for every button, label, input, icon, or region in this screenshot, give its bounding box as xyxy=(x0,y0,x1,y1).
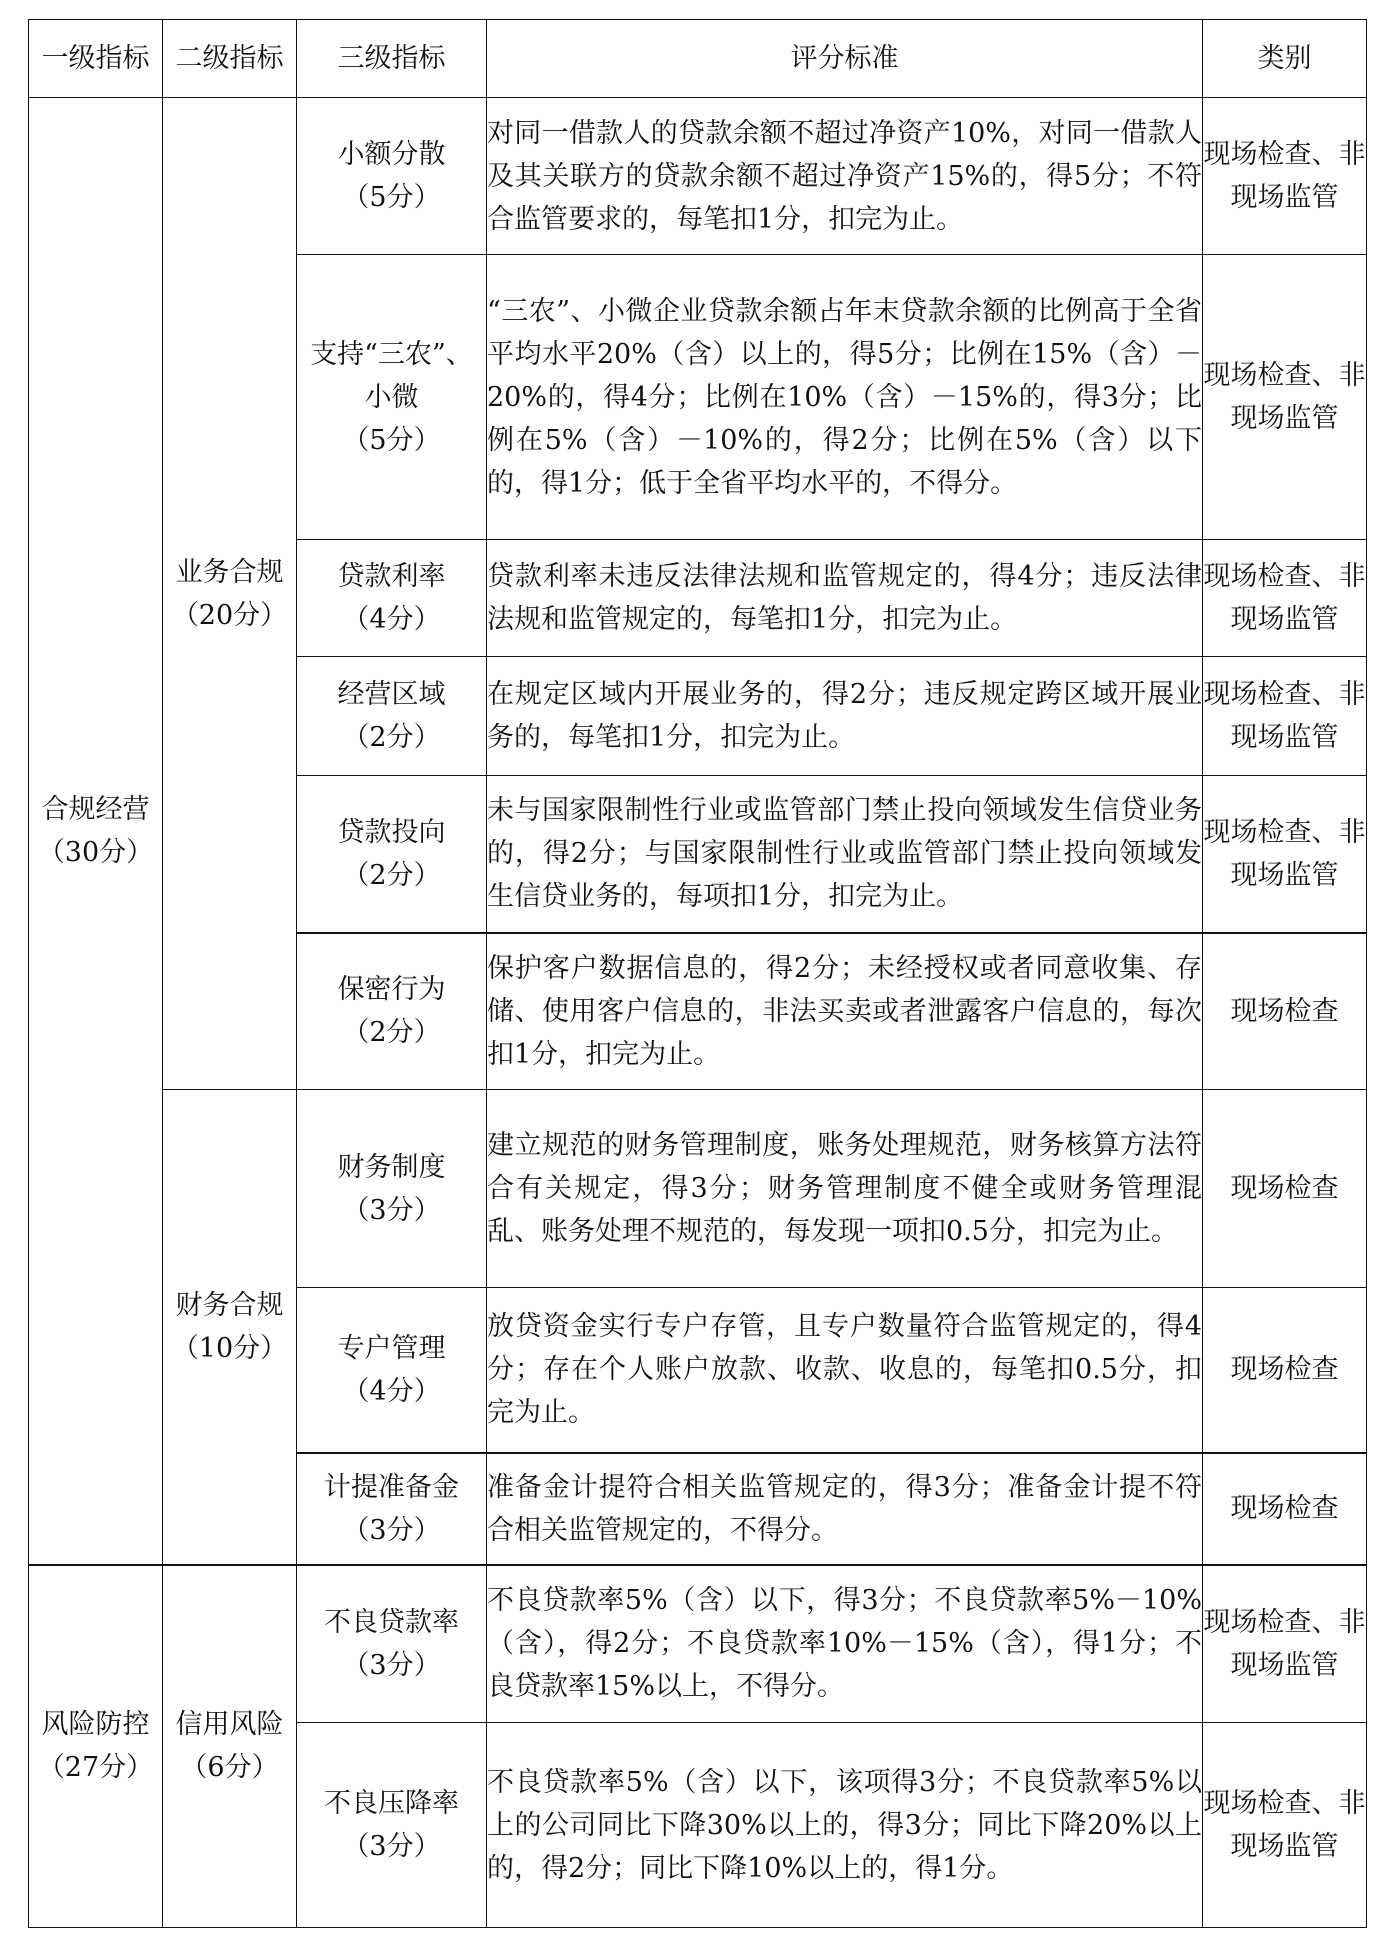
category-cell: 现场检查、非现场监管 xyxy=(1203,540,1367,657)
indicator-score: （3分） xyxy=(297,1189,486,1232)
indicator-score: （3分） xyxy=(297,1644,486,1687)
indicator-score: （2分） xyxy=(297,716,486,759)
indicator-score: （5分） xyxy=(297,176,486,219)
category-cell: 现场检查 xyxy=(1203,1453,1367,1565)
criteria-cell: 不良贷款率5%（含）以下，该项得3分；不良贷款率5%以上的公司同比下降30%以上… xyxy=(487,1723,1203,1928)
indicator-cell: 经营区域 （2分） xyxy=(297,657,487,776)
indicator-cell: 小额分散 （5分） xyxy=(297,98,487,255)
header-row: 一级指标 二级指标 三级指标 评分标准 类别 xyxy=(29,20,1367,98)
indicator-score: （4分） xyxy=(297,598,486,641)
indicator-score: （3分） xyxy=(297,1509,486,1552)
group-name: 风险防控 xyxy=(29,1703,162,1746)
indicator-name: 保密行为 xyxy=(297,968,486,1011)
header-criteria: 评分标准 xyxy=(487,20,1203,98)
indicator-score: （4分） xyxy=(297,1370,486,1413)
header-level3: 三级指标 xyxy=(297,20,487,98)
criteria-cell: 未与国家限制性行业或监管部门禁止投向领域发生信贷业务的，得2分；与国家限制性行业… xyxy=(487,776,1203,933)
indicator-cell: 支持“三农”、小微 （5分） xyxy=(297,255,487,540)
category-cell: 现场检查 xyxy=(1203,933,1367,1090)
indicator-cell: 专户管理 （4分） xyxy=(297,1288,487,1453)
criteria-cell: “三农”、小微企业贷款余额占年末贷款余额的比例高于全省平均水平20%（含）以上的… xyxy=(487,255,1203,540)
category-cell: 现场检查 xyxy=(1203,1090,1367,1288)
table-row: 财务合规 （10分） 财务制度 （3分） 建立规范的财务管理制度，账务处理规范，… xyxy=(29,1090,1367,1288)
indicator-cell: 不良压降率 （3分） xyxy=(297,1723,487,1928)
category-cell: 现场检查、非现场监管 xyxy=(1203,255,1367,540)
table-row: 风险防控 （27分） 信用风险 （6分） 不良贷款率 （3分） 不良贷款率5%（… xyxy=(29,1565,1367,1723)
header-level1: 一级指标 xyxy=(29,20,163,98)
subgroup-name: 财务合规 xyxy=(163,1284,296,1327)
subgroup-cell-credit: 信用风险 （6分） xyxy=(163,1565,297,1928)
indicator-name: 支持“三农”、小微 xyxy=(297,333,486,419)
criteria-cell: 贷款利率未违反法律法规和监管规定的，得4分；违反法律法规和监管规定的，每笔扣1分… xyxy=(487,540,1203,657)
header-category: 类别 xyxy=(1203,20,1367,98)
category-cell: 现场检查、非现场监管 xyxy=(1203,1723,1367,1928)
criteria-cell: 在规定区域内开展业务的，得2分；违反规定跨区域开展业务的，每笔扣1分，扣完为止。 xyxy=(487,657,1203,776)
indicator-name: 贷款投向 xyxy=(297,811,486,854)
indicator-score: （2分） xyxy=(297,1011,486,1054)
indicator-name: 小额分散 xyxy=(297,133,486,176)
indicator-name: 财务制度 xyxy=(297,1146,486,1189)
subgroup-name: 信用风险 xyxy=(163,1703,296,1746)
indicator-cell: 财务制度 （3分） xyxy=(297,1090,487,1288)
criteria-cell: 放贷资金实行专户存管，且专户数量符合监管规定的，得4分；存在个人账户放款、收款、… xyxy=(487,1288,1203,1453)
group-score: （30分） xyxy=(29,831,162,874)
category-cell: 现场检查 xyxy=(1203,1288,1367,1453)
group-cell-risk: 风险防控 （27分） xyxy=(29,1565,163,1928)
indicator-cell: 贷款投向 （2分） xyxy=(297,776,487,933)
criteria-cell: 保护客户数据信息的，得2分；未经授权或者同意收集、存储、使用客户信息的，非法买卖… xyxy=(487,933,1203,1090)
subgroup-cell-finance: 财务合规 （10分） xyxy=(163,1090,297,1565)
header-level2: 二级指标 xyxy=(163,20,297,98)
indicator-name: 专户管理 xyxy=(297,1327,486,1370)
scoring-table: 一级指标 二级指标 三级指标 评分标准 类别 合规经营 （30分） 业务合规 （… xyxy=(28,19,1367,1928)
table-row: 合规经营 （30分） 业务合规 （20分） 小额分散 （5分） 对同一借款人的贷… xyxy=(29,98,1367,255)
group-score: （27分） xyxy=(29,1746,162,1789)
category-cell: 现场检查、非现场监管 xyxy=(1203,657,1367,776)
group-name: 合规经营 xyxy=(29,788,162,831)
indicator-cell: 贷款利率 （4分） xyxy=(297,540,487,657)
indicator-name: 计提准备金 xyxy=(297,1466,486,1509)
criteria-cell: 建立规范的财务管理制度，账务处理规范，财务核算方法符合有关规定，得3分；财务管理… xyxy=(487,1090,1203,1288)
subgroup-score: （20分） xyxy=(163,594,296,637)
criteria-cell: 不良贷款率5%（含）以下，得3分；不良贷款率5%－10%（含），得2分；不良贷款… xyxy=(487,1565,1203,1723)
group-cell-compliance: 合规经营 （30分） xyxy=(29,98,163,1565)
indicator-name: 贷款利率 xyxy=(297,555,486,598)
indicator-cell: 不良贷款率 （3分） xyxy=(297,1565,487,1723)
criteria-cell: 对同一借款人的贷款余额不超过净资产10%，对同一借款人及其关联方的贷款余额不超过… xyxy=(487,98,1203,255)
category-cell: 现场检查、非现场监管 xyxy=(1203,98,1367,255)
subgroup-score: （6分） xyxy=(163,1746,296,1789)
indicator-name: 经营区域 xyxy=(297,673,486,716)
subgroup-score: （10分） xyxy=(163,1327,296,1370)
category-cell: 现场检查、非现场监管 xyxy=(1203,1565,1367,1723)
category-cell: 现场检查、非现场监管 xyxy=(1203,776,1367,933)
indicator-cell: 保密行为 （2分） xyxy=(297,933,487,1090)
indicator-name: 不良压降率 xyxy=(297,1782,486,1825)
subgroup-name: 业务合规 xyxy=(163,551,296,594)
indicator-score: （2分） xyxy=(297,854,486,897)
criteria-cell: 准备金计提符合相关监管规定的，得3分；准备金计提不符合相关监管规定的，不得分。 xyxy=(487,1453,1203,1565)
subgroup-cell-business: 业务合规 （20分） xyxy=(163,98,297,1090)
indicator-cell: 计提准备金 （3分） xyxy=(297,1453,487,1565)
indicator-score: （3分） xyxy=(297,1825,486,1868)
indicator-score: （5分） xyxy=(297,419,486,462)
indicator-name: 不良贷款率 xyxy=(297,1601,486,1644)
